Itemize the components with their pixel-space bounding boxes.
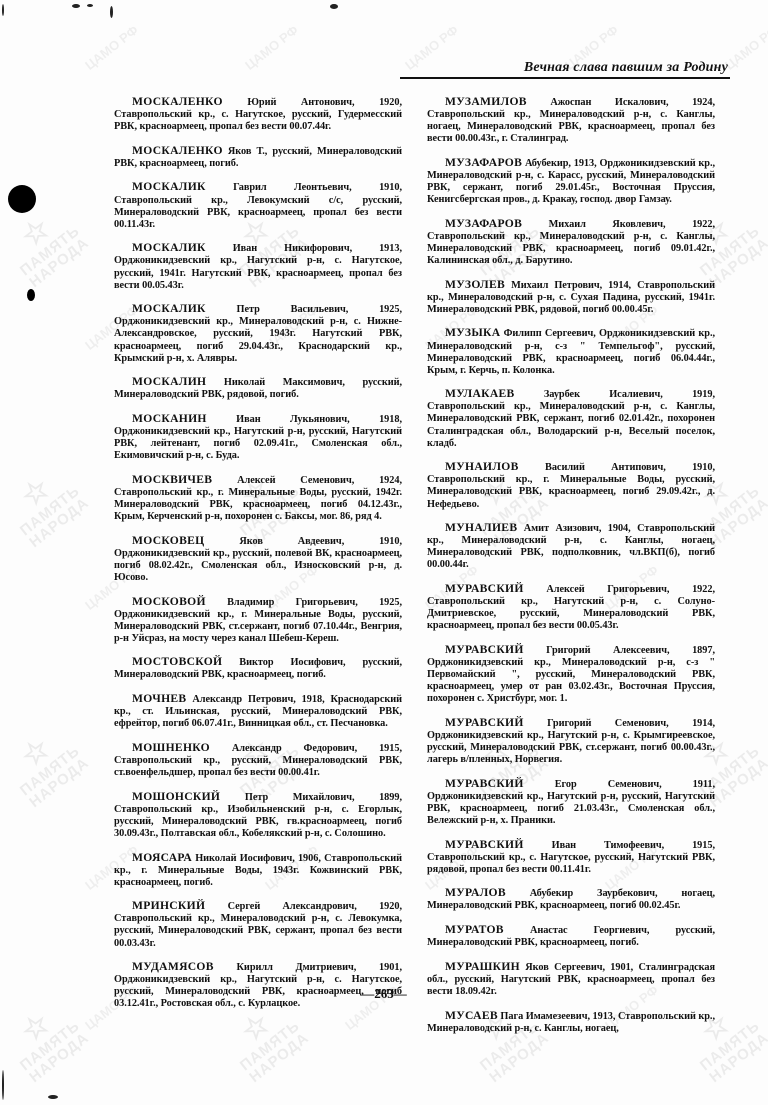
entry-surname: МОСКВИЧЕВ <box>132 473 212 486</box>
entry-surname: МУСАЕВ <box>445 1009 498 1022</box>
running-header-title: Вечная слава павшим за Родину <box>524 60 728 76</box>
watermark-text: НАРОДА <box>27 495 92 550</box>
memorial-entry: МУЗЫКА Филипп Сергеевич, Орджоникидзевск… <box>427 327 715 376</box>
running-header: Вечная слава павшим за Родину <box>400 60 730 80</box>
memorial-entry: МОСКАЛЕНКО Юрий Антонович, 1920, Ставроп… <box>114 96 402 133</box>
entry-surname: МУНАЛИЕВ <box>445 521 517 534</box>
watermark-text: ПАМЯТЬ <box>18 223 83 278</box>
memorial-entry: МУРАВСКИЙ Григорий Семенович, 1914, Ордж… <box>427 717 715 766</box>
watermark-stamp: ☆ПАМЯТЬНАРОДА <box>0 200 92 291</box>
left-column: МОСКАЛЕНКО Юрий Антонович, 1920, Ставроп… <box>114 96 402 1022</box>
star-icon: ☆ <box>0 720 73 787</box>
memorial-entry: МУЗАФАРОВ Абубекир, 1913, Орджоникидзевс… <box>427 157 715 206</box>
memorial-entry: МОСТОВСКОЙ Виктор Иосифович, русский, Ми… <box>114 656 402 681</box>
entry-surname: МУРАВСКИЙ <box>445 716 524 729</box>
watermark-text: НАРОДА <box>27 755 92 810</box>
binding-hole-small <box>27 289 35 301</box>
memorial-entry: МОСКАЛИН Николай Максимович, русский, Ми… <box>114 376 402 401</box>
watermark-text: НАРОДА <box>707 1030 768 1085</box>
entry-surname: МОСКАЛИК <box>132 241 206 254</box>
memorial-entry: МУРАВСКИЙ Григорий Алексеевич, 1897, Орд… <box>427 644 715 705</box>
memorial-entry: МОСКАЛЕНКО Яков Т., русский, Минераловод… <box>114 145 402 170</box>
entry-surname: МОСКОВОЙ <box>132 595 206 608</box>
entry-surname: МУРАВСКИЙ <box>445 838 524 851</box>
memorial-entry: МОСКВИЧЕВ Алексей Семенович, 1924, Ставр… <box>114 474 402 523</box>
entry-surname: МУЗОЛЕВ <box>445 278 505 291</box>
document-page: ☆ПАМЯТЬНАРОДА☆ПАМЯТЬНАРОДА☆ПАМЯТЬНАРОДА☆… <box>0 0 768 1105</box>
entry-surname: МОСКАЛИК <box>132 180 206 193</box>
watermark-text: ПАМЯТЬ <box>18 1018 83 1073</box>
memorial-entry: МУЗАМИЛОВ Ажоспан Искалович, 1924, Ставр… <box>427 96 715 145</box>
memorial-entry: МУЗОЛЕВ Михаил Петрович, 1914, Ставропол… <box>427 279 715 316</box>
entry-surname: МОСКАНИН <box>132 412 207 425</box>
watermark-text: ЦАМО РФ <box>242 22 301 73</box>
entry-surname: МУЛАКАЕВ <box>445 387 515 400</box>
watermark-stamp: ☆ПАМЯТЬНАРОДА <box>0 995 92 1086</box>
dust-speck <box>2 1070 4 1100</box>
entry-surname: МОСКАЛЕНКО <box>132 144 223 157</box>
entry-surname: МОСКОВЕЦ <box>132 534 205 547</box>
watermark-text: НАРОДА <box>707 495 768 550</box>
memorial-entry: МУЗАФАРОВ Михаил Яковлевич, 1922, Ставро… <box>427 218 715 267</box>
memorial-entry: МОСКАНИН Иван Лукьянович, 1918, Орджоник… <box>114 413 402 462</box>
entry-surname: МУРАШКИН <box>445 960 520 973</box>
memorial-entry: МОСКАЛИК Петр Васильевич, 1925, Орджоник… <box>114 303 402 364</box>
star-icon: ☆ <box>0 995 73 1062</box>
memorial-entry: МОСКОВОЙ Владимир Григорьевич, 1925, Орд… <box>114 596 402 645</box>
page-number: —263— <box>0 986 768 1002</box>
watermark-text: ПАМЯТЬ <box>18 483 83 538</box>
memorial-entry: МУСАЕВ Пага Имамезеевич, 1913, Ставропол… <box>427 1010 715 1035</box>
entry-surname: МОШОНСКИЙ <box>132 790 220 803</box>
dust-speck <box>48 1095 58 1099</box>
watermark-text: НАРОДА <box>247 1030 312 1085</box>
entry-surname: МОЧНЕВ <box>132 692 186 705</box>
entry-surname: МУДАМЯСОВ <box>132 960 214 973</box>
watermark-text: НАРОДА <box>27 235 92 290</box>
memorial-entry: МОЧНЕВ Александр Петрович, 1918, Краснод… <box>114 693 402 730</box>
binding-hole-large <box>8 185 36 213</box>
memorial-entry: МОШОНСКИЙ Петр Михайлович, 1899, Ставроп… <box>114 791 402 840</box>
entry-surname: МОЯСАРА <box>132 851 192 864</box>
memorial-entry: МУНАЛИЕВ Амит Азизович, 1904, Ставрополь… <box>427 522 715 571</box>
memorial-entry: МОСКАЛИК Иван Никифорович, 1913, Орджони… <box>114 242 402 291</box>
entry-surname: МУРАТОВ <box>445 923 504 936</box>
entry-surname: МУНАИЛОВ <box>445 460 519 473</box>
memorial-entry: МОШНЕНКО Александр Федорович, 1915, Став… <box>114 742 402 779</box>
entry-surname: МУЗАФАРОВ <box>445 156 522 169</box>
memorial-entry: МУНАИЛОВ Василий Антипович, 1910, Ставро… <box>427 461 715 510</box>
entry-surname: МУРАВСКИЙ <box>445 582 524 595</box>
watermark-stamp: ☆ПАМЯТЬНАРОДА <box>0 460 92 551</box>
entry-surname: МУЗЫКА <box>445 326 500 339</box>
memorial-entry: МУРАВСКИЙ Алексей Григорьевич, 1922, Ста… <box>427 583 715 632</box>
entry-surname: МОСКАЛЕНКО <box>132 95 223 108</box>
entry-surname: МУЗАМИЛОВ <box>445 95 527 108</box>
memorial-entry: МРИНСКИЙ Сергей Александрович, 1920, Ста… <box>114 900 402 949</box>
memorial-entry: МУРАВСКИЙ Иван Тимофеевич, 1915, Ставроп… <box>427 839 715 876</box>
watermark-stamp: ☆ПАМЯТЬНАРОДА <box>0 720 92 811</box>
watermark-text: ПАМЯТЬ <box>238 1018 303 1073</box>
entry-surname: МОСКАЛИК <box>132 302 206 315</box>
entry-surname: МРИНСКИЙ <box>132 899 205 912</box>
watermark-text: НАРОДА <box>27 1030 92 1085</box>
dust-speck <box>87 4 93 7</box>
watermark-text: ПАМЯТЬ <box>18 743 83 798</box>
memorial-entry: МУРАЛОВ Абубекир Заурбекович, ногаец, Ми… <box>427 887 715 912</box>
right-column: МУЗАМИЛОВ Ажоспан Искалович, 1924, Ставр… <box>427 96 715 1046</box>
memorial-entry: МУРАТОВ Анастас Георгиевич, русский, Мин… <box>427 924 715 949</box>
memorial-entry: МОСКАЛИК Гаврил Леонтьевич, 1910, Ставро… <box>114 181 402 230</box>
watermark-text: ЦАМО РФ <box>82 22 141 73</box>
entry-surname: МУРАВСКИЙ <box>445 643 524 656</box>
entry-surname: МОСТОВСКОЙ <box>132 655 222 668</box>
watermark-text: НАРОДА <box>707 235 768 290</box>
dust-speck <box>2 4 4 16</box>
dust-speck <box>72 4 80 8</box>
dust-speck <box>110 6 113 18</box>
memorial-entry: МУЛАКАЕВ Заурбек Исалиевич, 1919, Ставро… <box>427 388 715 449</box>
entry-surname: МУЗАФАРОВ <box>445 217 522 230</box>
memorial-entry: МУРАВСКИЙ Егор Семенович, 1911, Орджоник… <box>427 778 715 827</box>
memorial-entry: МОЯСАРА Николай Иосифович, 1906, Ставроп… <box>114 852 402 889</box>
entry-surname: МОСКАЛИН <box>132 375 206 388</box>
dust-speck <box>330 4 338 9</box>
star-icon: ☆ <box>0 200 73 267</box>
entry-surname: МОШНЕНКО <box>132 741 210 754</box>
entry-surname: МУРАВСКИЙ <box>445 777 524 790</box>
entry-surname: МУРАЛОВ <box>445 886 506 899</box>
watermark-text: НАРОДА <box>707 755 768 810</box>
memorial-entry: МОСКОВЕЦ Яков Авдеевич, 1910, Орджоникид… <box>114 535 402 584</box>
header-rule <box>400 77 730 79</box>
star-icon: ☆ <box>0 460 73 527</box>
